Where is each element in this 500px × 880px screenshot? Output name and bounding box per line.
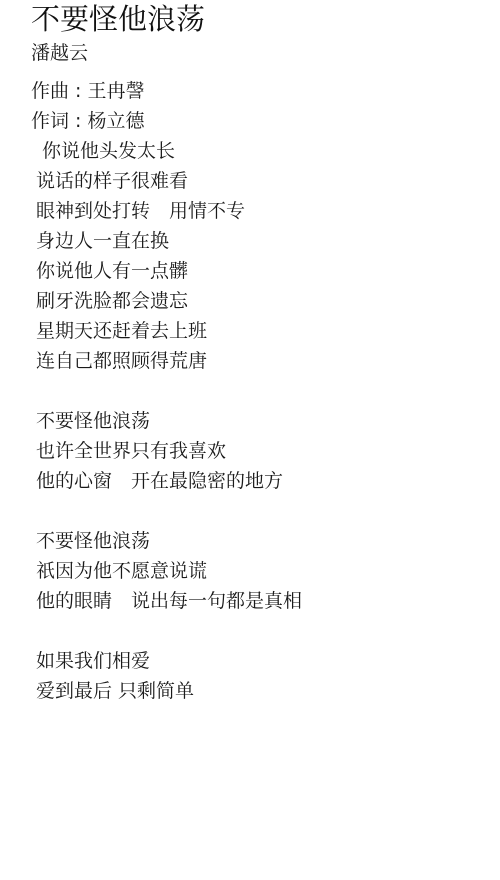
lyric-blank-line [36,496,500,526]
credits: 作曲 : 王冉謦 作词 : 杨立德 [31,76,500,136]
lyric-line: 也许全世界只有我喜欢 [36,436,500,466]
lyricist-credit: 作词 : 杨立德 [31,106,500,136]
lyric-line: 爱到最后 只剩简单 [36,676,500,706]
lyrics-page: 不要怪他浪荡 潘越云 作曲 : 王冉謦 作词 : 杨立德 你说他头发太长 说话的… [31,0,500,706]
lyric-line: 他的心窗 开在最隐密的地方 [36,466,500,496]
lyric-line: 你说他人有一点髒 [36,256,500,286]
lyric-line: 眼神到处打转 用情不专 [36,196,500,226]
lyric-line: 说话的样子很难看 [36,166,500,196]
lyrics-body: 你说他头发太长 说话的样子很难看 眼神到处打转 用情不专 身边人一直在换 你说他… [31,136,500,706]
lyric-line: 连自己都照顾得荒唐 [36,346,500,376]
lyric-line: 你说他头发太长 [36,136,500,166]
lyric-line: 他的眼睛 说出每一句都是真相 [36,586,500,616]
lyric-line: 如果我们相爱 [36,646,500,676]
composer-credit: 作曲 : 王冉謦 [31,76,500,106]
lyric-blank-line [36,376,500,406]
song-title: 不要怪他浪荡 [31,0,500,38]
lyric-line: 祇因为他不愿意说谎 [36,556,500,586]
lyric-line: 不要怪他浪荡 [36,406,500,436]
lyric-line: 不要怪他浪荡 [36,526,500,556]
lyric-line: 刷牙洗脸都会遗忘 [36,286,500,316]
lyric-line: 身边人一直在换 [36,226,500,256]
lyric-blank-line [36,616,500,646]
lyric-line: 星期天还赶着去上班 [36,316,500,346]
artist-name: 潘越云 [31,38,500,68]
